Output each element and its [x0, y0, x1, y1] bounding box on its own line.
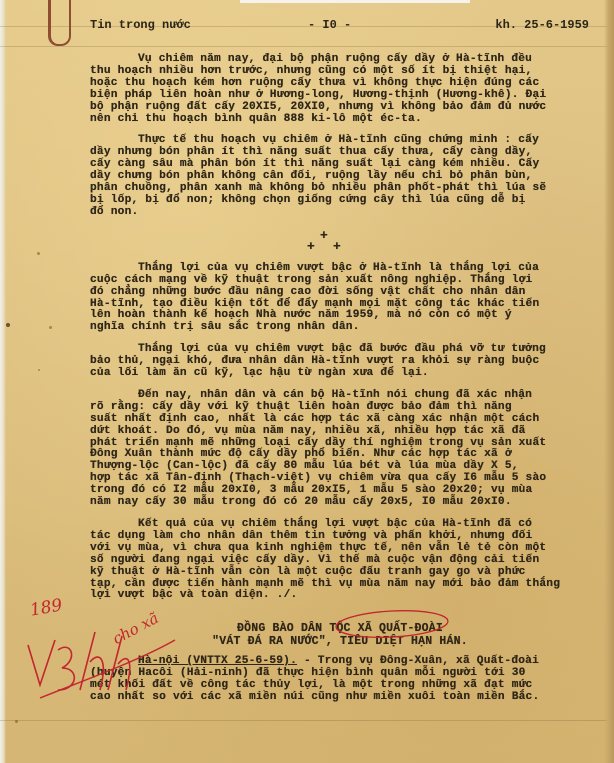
text-fragment: - Trong vụ Đông-Xuân, xã Quất-đoài [304, 655, 539, 667]
fold-line [0, 46, 614, 47]
headline-line: "VÁT ĐÁ RA NƯỚC", TIÊU DIỆT HẠN HÁN. [90, 635, 590, 648]
text-line: bị lốp, bị đổ non; không chọn giống cứng… [90, 195, 590, 207]
paragraph: Đến nay, nhân dân và cán bộ Hà-tĩnh nói … [90, 390, 590, 509]
paper-tab [240, 0, 470, 3]
paragraph: Thắng lợi của vụ chiêm vượt bậc đã bước … [90, 344, 590, 380]
text-line: số người đang ngại việc cấy dầy. Vì thế … [90, 555, 590, 567]
text-line: đó chẳng những bước đầu nâng cao đời sốn… [90, 287, 590, 299]
text-line: cao nhất so với các xã miền núi cũng như… [90, 692, 590, 704]
headline-line: ĐỒNG BÀO DÂN TỘC XÃ QUẤT-ĐOÀI [90, 622, 590, 635]
paper-speck [49, 326, 52, 329]
section-label: Tin trong nước [90, 18, 191, 32]
text-line: kỹ thuật ở Hà-tĩnh vẫn còn là một cuộc đ… [90, 567, 590, 579]
fold-line [0, 720, 614, 721]
text-line: với vụ mùa, vì chưa qua kinh nghiệm thực… [90, 543, 590, 555]
paper-clip-mark [48, 0, 71, 46]
star-mark: + [333, 240, 341, 253]
paper-speck [6, 323, 10, 327]
paragraph: Vụ chiêm năm nay, đại bộ phận ruộng cấy … [90, 54, 590, 125]
document-page: Tin trong nước - I0 - kh. 25-6-1959 Vụ c… [0, 0, 614, 763]
star-mark: + [320, 229, 328, 242]
text-line: lợi vượt bậc và toàn diện. ./. [90, 590, 590, 602]
paper-speck [15, 720, 18, 723]
text-line: năm nay cấy 30 mẫu trong đó có 20 mẫu cấ… [90, 497, 590, 509]
star-mark: + [307, 240, 315, 253]
text-line: nghĩa chính trị sâu sắc trong nhân dân. [90, 322, 590, 334]
article-headline: ĐỒNG BÀO DÂN TỘC XÃ QUẤT-ĐOÀI "VÁT ĐÁ RA… [90, 622, 590, 648]
text-line: nên chỉ thu hoạch bình quân 888 ki-lô mộ… [90, 114, 590, 126]
paragraph: Kết quả của vụ chiêm thắng lợi vượt bậc … [90, 519, 590, 602]
text-line: hoặc thu hoạch kém hơn ruộng cấy thưa vì… [90, 78, 590, 90]
text-line: cuộc cách mạng về kỹ thuật trong sản xuấ… [90, 275, 590, 287]
text-line: đổ non. [90, 207, 590, 219]
text-line: rõ rằng: cấy dầy với kỹ thuật liên hoàn … [90, 402, 590, 414]
handwritten-number: 189 [29, 595, 64, 620]
section-separator: + + + [90, 229, 590, 255]
text-line: suất nhất định cao, nhất là các hợp tác … [90, 414, 590, 426]
page-header: Tin trong nước - I0 - kh. 25-6-1959 [90, 18, 589, 34]
page-number: - I0 - [308, 18, 351, 32]
text-line: Thắng lợi của vụ chiêm vượt bậc ở Hà-tĩn… [90, 263, 590, 275]
text-line: biện pháp liên hoàn như ở Hương-long, Hư… [90, 90, 590, 102]
document-body: Vụ chiêm năm nay, đại bộ phận ruộng cấy … [90, 54, 590, 714]
document-date: kh. 25-6-1959 [495, 18, 589, 32]
paragraph: Thực tế thu hoạch vụ chiêm ở Hà-tĩnh cũn… [90, 135, 590, 218]
paragraph: Hà-nội (VNTTX 25-6-59). - Trong vụ Đông-… [90, 656, 590, 704]
text-line: của lối làm ăn cũ kỹ, lạc hậu từ ngàn xư… [90, 368, 590, 380]
text-line: bộ phận ruộng đất cấy 20XI5, 20XI0, nhưn… [90, 102, 590, 114]
text-line: dứt khoát. Do đó, vụ mùa năm nay, nhiều … [90, 426, 590, 438]
paragraph: Thắng lợi của vụ chiêm vượt bậc ở Hà-tĩn… [90, 263, 590, 334]
dateline: Hà-nội (VNTTX 25-6-59). [138, 655, 297, 667]
paper-speck [38, 369, 40, 371]
paper-speck [37, 252, 40, 255]
